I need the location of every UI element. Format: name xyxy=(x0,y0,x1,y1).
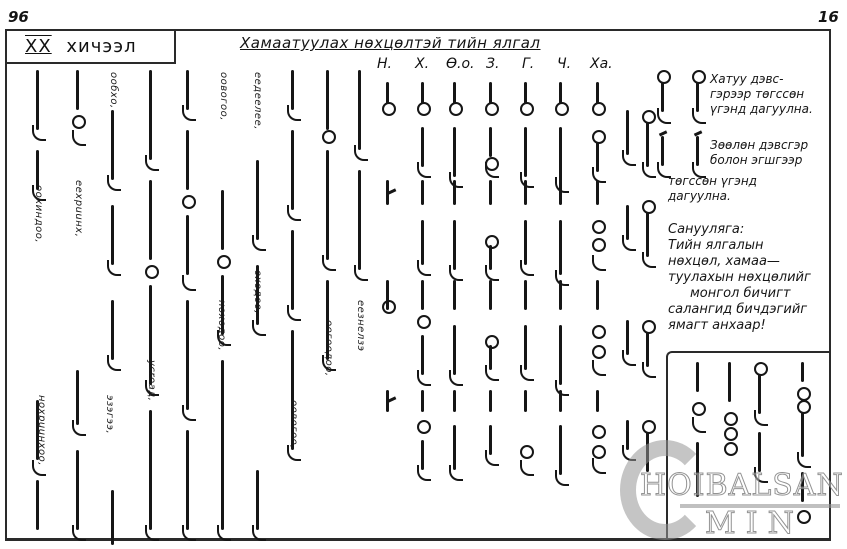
hard-stem-rule: Хатуу дэвс- гэрээр төгссөн үгэнд дагуулн… xyxy=(710,72,813,117)
case-header-instrumental: Ч. xyxy=(557,56,571,72)
script-column xyxy=(690,362,708,512)
table-cell-script xyxy=(590,180,608,290)
left-page-number: 96 xyxy=(8,8,29,26)
script-column xyxy=(70,70,88,540)
remark-title: Санууляга: xyxy=(668,222,811,238)
hard-suffix-glyph xyxy=(655,70,673,130)
lesson-heading: XX хичээл xyxy=(25,36,137,57)
table-cell-script xyxy=(447,82,465,192)
script-column xyxy=(722,362,740,512)
table-cell-script xyxy=(640,320,658,380)
case-header-genitive: Х. xyxy=(415,56,429,72)
transcription: оовогоо, xyxy=(288,400,299,449)
soft-stem-rule-head: Зөөлөн дэвсгэр болон эгшгээр xyxy=(710,138,808,168)
table-cell-script xyxy=(590,390,608,490)
table-cell-script xyxy=(553,180,571,290)
script-column xyxy=(143,70,161,540)
transcription: ooбxo, xyxy=(108,72,119,109)
note-line: болон эгшгээр xyxy=(710,153,808,168)
table-cell-script xyxy=(553,280,571,400)
table-cell-script xyxy=(483,390,501,490)
note-line: дагуулна. xyxy=(668,189,757,204)
transcription: ycroaд, xyxy=(146,360,157,401)
transcription: оовогоо, xyxy=(218,72,229,121)
case-header-dative-locative: Ө.о. xyxy=(446,56,475,72)
script-column xyxy=(285,70,303,540)
note-line: салангид бичдэгийг xyxy=(668,302,811,318)
transcription: нoxpuuнxoo, xyxy=(36,395,47,466)
table-cell-script xyxy=(415,390,433,490)
table-cell-script xyxy=(380,180,398,210)
script-column xyxy=(795,362,813,532)
transcription: eeзнeлзэ xyxy=(355,300,366,352)
case-header-nominative: Н. xyxy=(377,56,392,72)
script-column xyxy=(105,70,123,540)
table-cell-script xyxy=(380,390,398,420)
table-cell-script xyxy=(620,420,638,480)
transcription: eeдeeлee, xyxy=(252,72,263,130)
table-cell-script xyxy=(415,180,433,290)
table-cell-script xyxy=(483,280,501,390)
lesson-label: хичээл xyxy=(66,36,136,57)
note-line: үгэнд дагуулна. xyxy=(710,102,813,117)
transcription: ноходоо, xyxy=(216,300,227,351)
table-cell-script xyxy=(447,390,465,490)
note-line: Зөөлөн дэвсгэр xyxy=(710,138,808,153)
table-cell-script xyxy=(640,200,658,280)
table-cell-script xyxy=(518,180,536,290)
table-cell-script xyxy=(447,280,465,390)
transcription: oxoдoo, xyxy=(252,270,263,314)
page-title: Хамаатуулах нөхцөлтэй тийн ялгал xyxy=(240,34,541,52)
table-cell-script xyxy=(415,280,433,390)
table-cell-script xyxy=(518,390,536,490)
table-cell-script xyxy=(483,82,501,192)
note-line: монгол бичигт xyxy=(668,286,811,302)
remark: Санууляга: Тийн ялгалын нөхцөл, хамаа— т… xyxy=(668,222,811,334)
table-cell-script xyxy=(620,205,638,275)
transcription: оогоодоо, xyxy=(323,320,334,377)
table-cell-script xyxy=(553,390,571,500)
note-line: Хатуу дэвс- xyxy=(710,72,813,87)
script-column xyxy=(180,70,198,540)
note-line: Тийн ялгалын xyxy=(668,238,811,254)
case-header-comitative: Ха. xyxy=(590,56,613,72)
table-cell-script xyxy=(590,280,608,390)
table-cell-script xyxy=(590,82,608,192)
transcription: eexpuuнx, xyxy=(73,180,84,237)
script-column xyxy=(30,70,48,540)
case-header-ablative: Г. xyxy=(522,56,534,72)
table-cell-script xyxy=(620,320,638,380)
script-column xyxy=(752,362,770,512)
table-cell-script xyxy=(380,82,398,122)
soft-suffix-glyph xyxy=(690,130,708,180)
table-cell-script xyxy=(415,82,433,192)
case-header-accusative: З. xyxy=(486,56,499,72)
table-cell-script xyxy=(620,110,638,190)
script-column xyxy=(320,70,338,540)
table-cell-script xyxy=(518,82,536,192)
table-cell-script xyxy=(640,420,658,480)
table-cell-script xyxy=(518,280,536,390)
soft-suffix-glyph xyxy=(655,130,673,180)
right-page-number: 16 xyxy=(818,8,839,26)
lesson-number: XX xyxy=(25,36,52,57)
note-line: төгссөн үгэнд xyxy=(668,174,757,189)
note-line: ямагт анхаар! xyxy=(668,318,811,334)
soft-stem-rule-tail: төгссөн үгэнд дагуулна. xyxy=(668,174,757,204)
transcription: ооxиндоо, xyxy=(33,185,44,243)
note-line: гэрээр төгссөн xyxy=(710,87,813,102)
table-cell-script xyxy=(553,82,571,192)
note-line: туулахын нөхцөлийг xyxy=(668,270,811,286)
table-cell-script xyxy=(447,180,465,290)
table-cell-script xyxy=(483,180,501,290)
note-line: нөхцөл, хамаа— xyxy=(668,254,811,270)
hard-suffix-glyph xyxy=(690,70,708,130)
table-cell-script xyxy=(380,280,398,320)
